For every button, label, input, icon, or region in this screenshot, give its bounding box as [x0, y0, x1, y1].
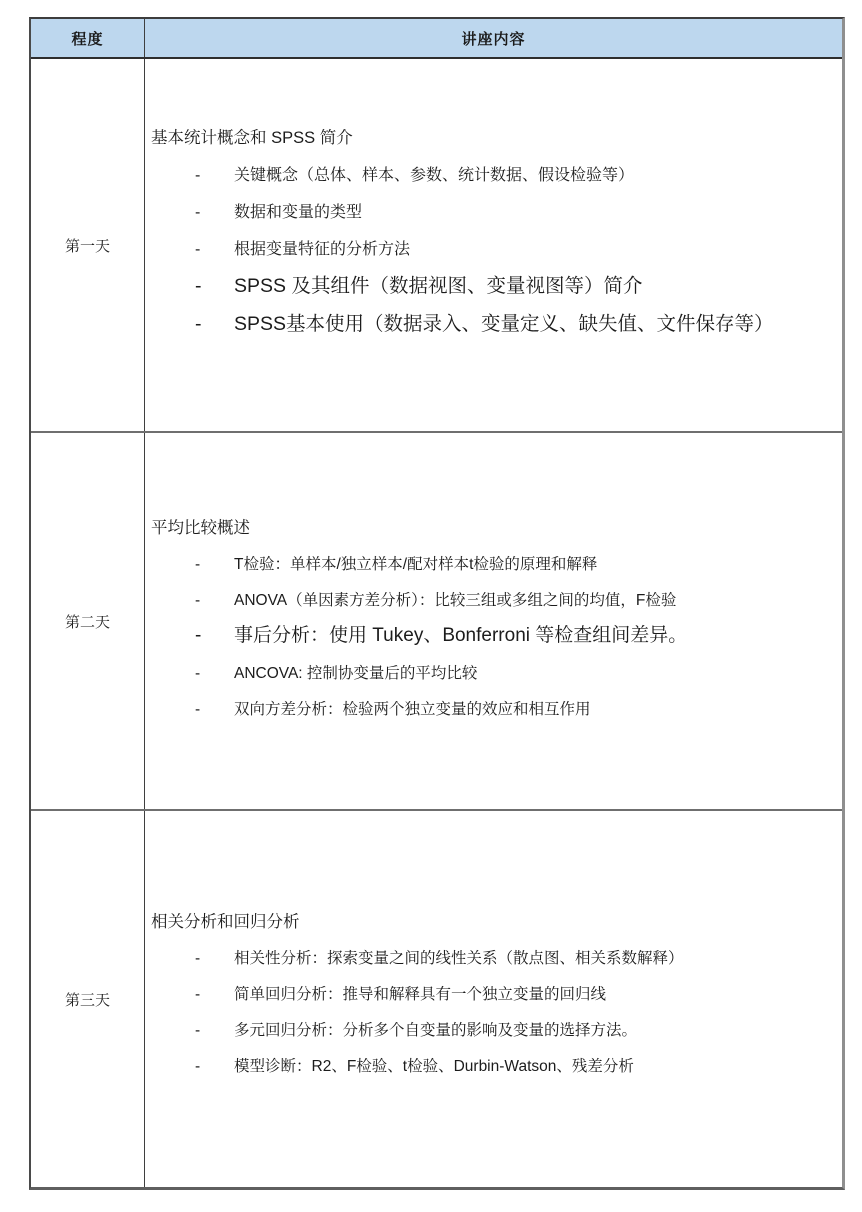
bullet-item: - 简单回归分析：推导和解释具有一个独立变量的回归线	[145, 982, 842, 1007]
header-cell-content: 讲座内容	[145, 19, 842, 57]
bullet-dash: -	[195, 588, 234, 613]
bullet-dash: -	[195, 697, 234, 722]
content-cell: 基本统计概念和 SPSS 简介 - 关键概念（总体、样本、参数、统计数据、假设检…	[145, 59, 842, 431]
bullet-dash: -	[195, 982, 234, 1007]
bullet-dash: -	[195, 552, 234, 577]
lecture-title: 相关分析和回归分析	[151, 909, 842, 935]
bullet-text: T检验：单样本/独立样本/配对样本t检验的原理和解释	[234, 552, 597, 577]
bullet-dash: -	[195, 1054, 234, 1079]
bullet-text: ANCOVA: 控制协变量后的平均比较	[234, 661, 477, 686]
bullet-text: SPSS基本使用（数据录入、变量定义、缺失值、文件保存等）	[234, 310, 774, 338]
bullet-dash: -	[195, 946, 234, 971]
bullet-text: 事后分析：使用 Tukey、Bonferroni 等检查组间差异。	[234, 622, 687, 650]
bullet-dash: -	[195, 622, 234, 650]
table-row-day3: 第三天 相关分析和回归分析 - 相关性分析：探索变量之间的线性关系（散点图、相关…	[31, 811, 842, 1187]
bullet-item: - 相关性分析：探索变量之间的线性关系（散点图、相关系数解释）	[145, 946, 842, 971]
bullet-item: - 数据和变量的类型	[145, 200, 842, 225]
bullet-text: SPSS 及其组件（数据视图、变量视图等）简介	[234, 272, 642, 300]
content-cell: 平均比较概述 - T检验：单样本/独立样本/配对样本t检验的原理和解释 - AN…	[145, 433, 842, 809]
bullet-dash: -	[195, 310, 234, 338]
bullet-dash: -	[195, 661, 234, 686]
bullet-item: - SPSS 及其组件（数据视图、变量视图等）简介	[145, 272, 842, 300]
bullet-text: 模型诊断：R2、F检验、t检验、Durbin-Watson、残差分析	[234, 1054, 634, 1079]
bullet-item: - ANOVA（单因素方差分析）：比较三组或多组之间的均值，F检验	[145, 588, 842, 613]
bullet-text: 多元回归分析：分析多个自变量的影响及变量的选择方法。	[234, 1018, 637, 1043]
bullet-text: 根据变量特征的分析方法	[234, 237, 410, 262]
bullet-item: - 模型诊断：R2、F检验、t检验、Durbin-Watson、残差分析	[145, 1054, 842, 1079]
lecture-title: 平均比较概述	[151, 515, 842, 541]
bullet-item: - T检验：单样本/独立样本/配对样本t检验的原理和解释	[145, 552, 842, 577]
bullet-item: - 关键概念（总体、样本、参数、统计数据、假设检验等）	[145, 163, 842, 188]
bullet-item: - 事后分析：使用 Tukey、Bonferroni 等检查组间差异。	[145, 622, 842, 650]
bullet-text: 数据和变量的类型	[234, 200, 362, 225]
day-label: 第二天	[31, 433, 145, 809]
bullet-item: - 多元回归分析：分析多个自变量的影响及变量的选择方法。	[145, 1018, 842, 1043]
day-label: 第一天	[31, 59, 145, 431]
table-header-row: 程度 讲座内容	[31, 19, 842, 59]
schedule-table: 程度 讲座内容 第一天 基本统计概念和 SPSS 简介 - 关键概念（总体、样本…	[29, 17, 845, 1190]
bullet-dash: -	[195, 272, 234, 300]
document-page: 程度 讲座内容 第一天 基本统计概念和 SPSS 简介 - 关键概念（总体、样本…	[0, 0, 862, 1212]
bullet-text: 简单回归分析：推导和解释具有一个独立变量的回归线	[234, 982, 606, 1007]
bullet-text: ANOVA（单因素方差分析）：比较三组或多组之间的均值，F检验	[234, 588, 676, 613]
bullet-dash: -	[195, 1018, 234, 1043]
bullet-item: - SPSS基本使用（数据录入、变量定义、缺失值、文件保存等）	[145, 310, 842, 338]
bullet-item: - ANCOVA: 控制协变量后的平均比较	[145, 661, 842, 686]
bullet-text: 关键概念（总体、样本、参数、统计数据、假设检验等）	[234, 163, 634, 188]
day-label: 第三天	[31, 811, 145, 1187]
bullet-dash: -	[195, 163, 234, 188]
bullet-dash: -	[195, 237, 234, 262]
table-row-day1: 第一天 基本统计概念和 SPSS 简介 - 关键概念（总体、样本、参数、统计数据…	[31, 59, 842, 433]
bullet-item: - 根据变量特征的分析方法	[145, 237, 842, 262]
bullet-text: 相关性分析：探索变量之间的线性关系（散点图、相关系数解释）	[234, 946, 684, 971]
table-row-day2: 第二天 平均比较概述 - T检验：单样本/独立样本/配对样本t检验的原理和解释 …	[31, 433, 842, 811]
content-cell: 相关分析和回归分析 - 相关性分析：探索变量之间的线性关系（散点图、相关系数解释…	[145, 811, 842, 1187]
header-cell-level: 程度	[31, 19, 145, 57]
bullet-dash: -	[195, 200, 234, 225]
bullet-item: - 双向方差分析：检验两个独立变量的效应和相互作用	[145, 697, 842, 722]
bullet-text: 双向方差分析：检验两个独立变量的效应和相互作用	[234, 697, 591, 722]
lecture-title: 基本统计概念和 SPSS 简介	[151, 125, 842, 151]
